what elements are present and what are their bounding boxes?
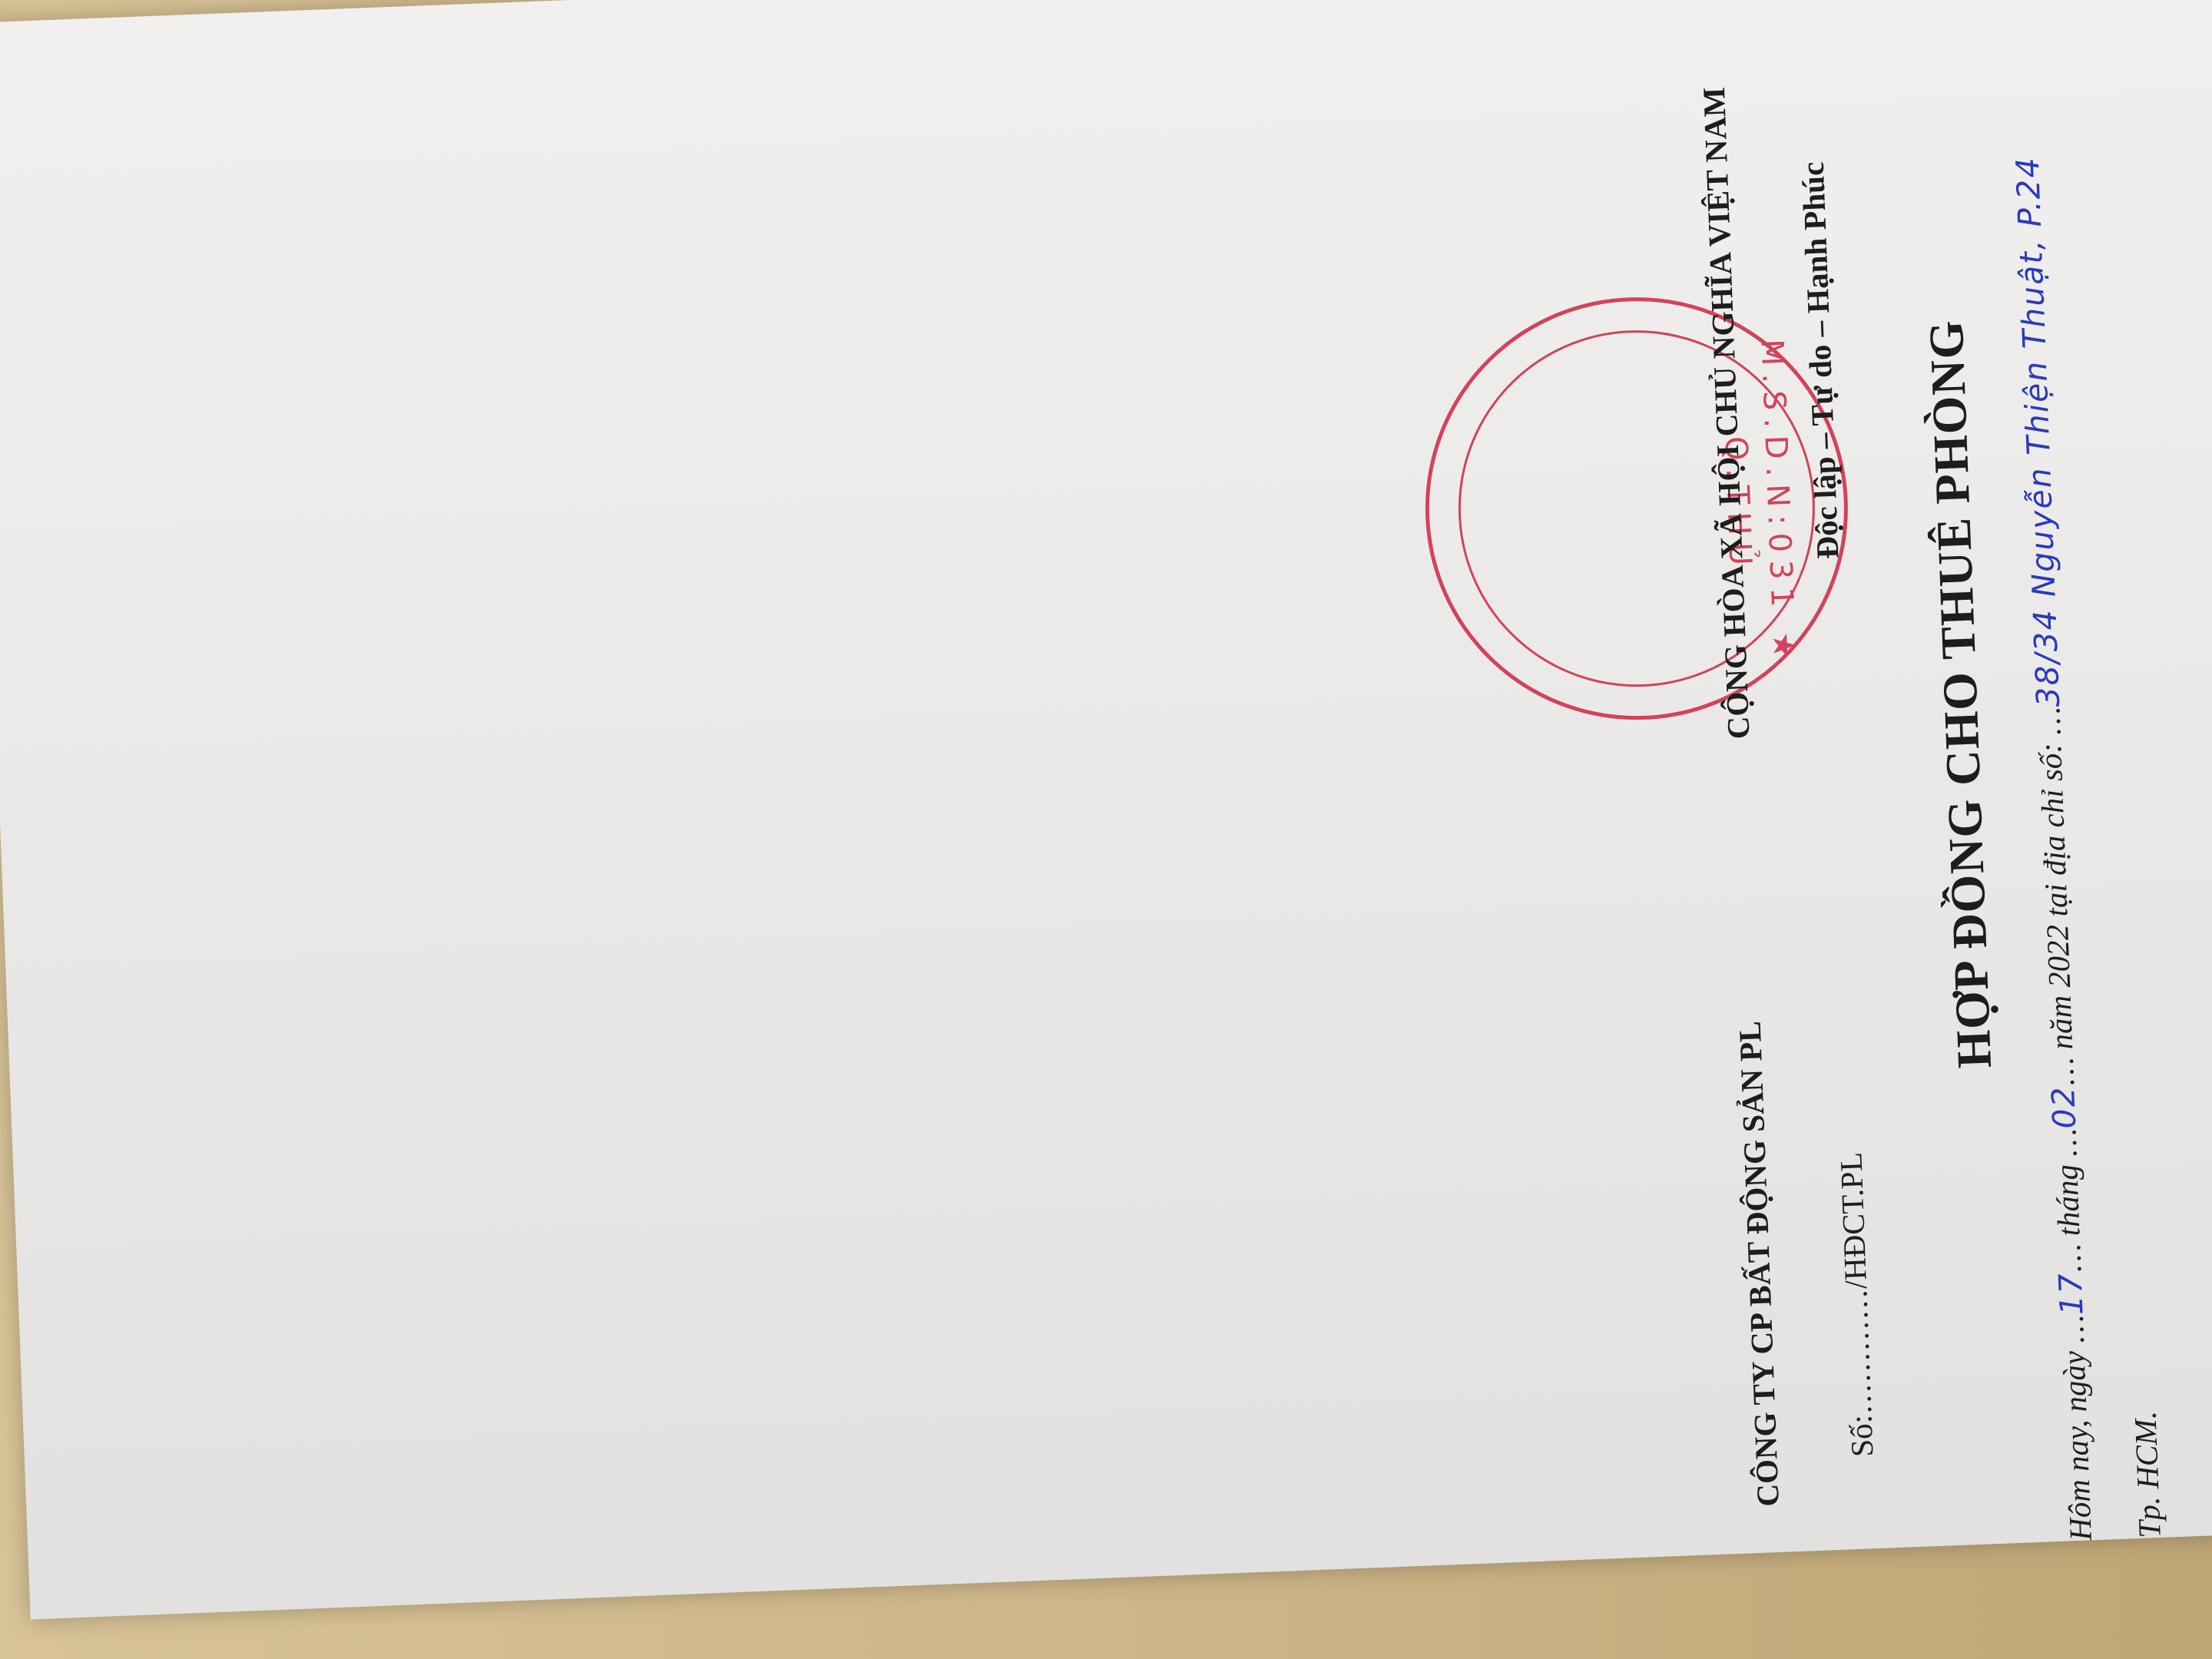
page-title: HỢP ĐỒNG CHO THUÊ PHÒNG [1914, 319, 2007, 1069]
doc-number: Số:…………/HĐCT.PL [1830, 1151, 1883, 1458]
intro-city: Tp. HCM. [2124, 1410, 2171, 1538]
contract-page: M.S.D.N:031 ★ Q.THỦ CÔNG TY CP BẤT ĐỘNG … [0, 0, 2212, 1619]
intro-line: Hôm nay, ngày …17… tháng …02… năm 2022 t… [2008, 155, 2102, 1541]
address-value: 38/34 Nguyễn Thiện Thuật, P.24 [2009, 156, 2068, 708]
parties-intro: Hai bên gồm: [2204, 1363, 2212, 1535]
day-value: 17 [2051, 1271, 2090, 1316]
month-value: 02 [2045, 1084, 2083, 1129]
company-name: CÔNG TY CP BẤT ĐỘNG SẢN PL [1730, 1020, 1790, 1507]
document-body: M.S.D.N:031 ★ Q.THỦ CÔNG TY CP BẤT ĐỘNG … [1660, 0, 2212, 1555]
company-stamp: M.S.D.N:031 ★ Q.THỦ [1418, 290, 1856, 728]
